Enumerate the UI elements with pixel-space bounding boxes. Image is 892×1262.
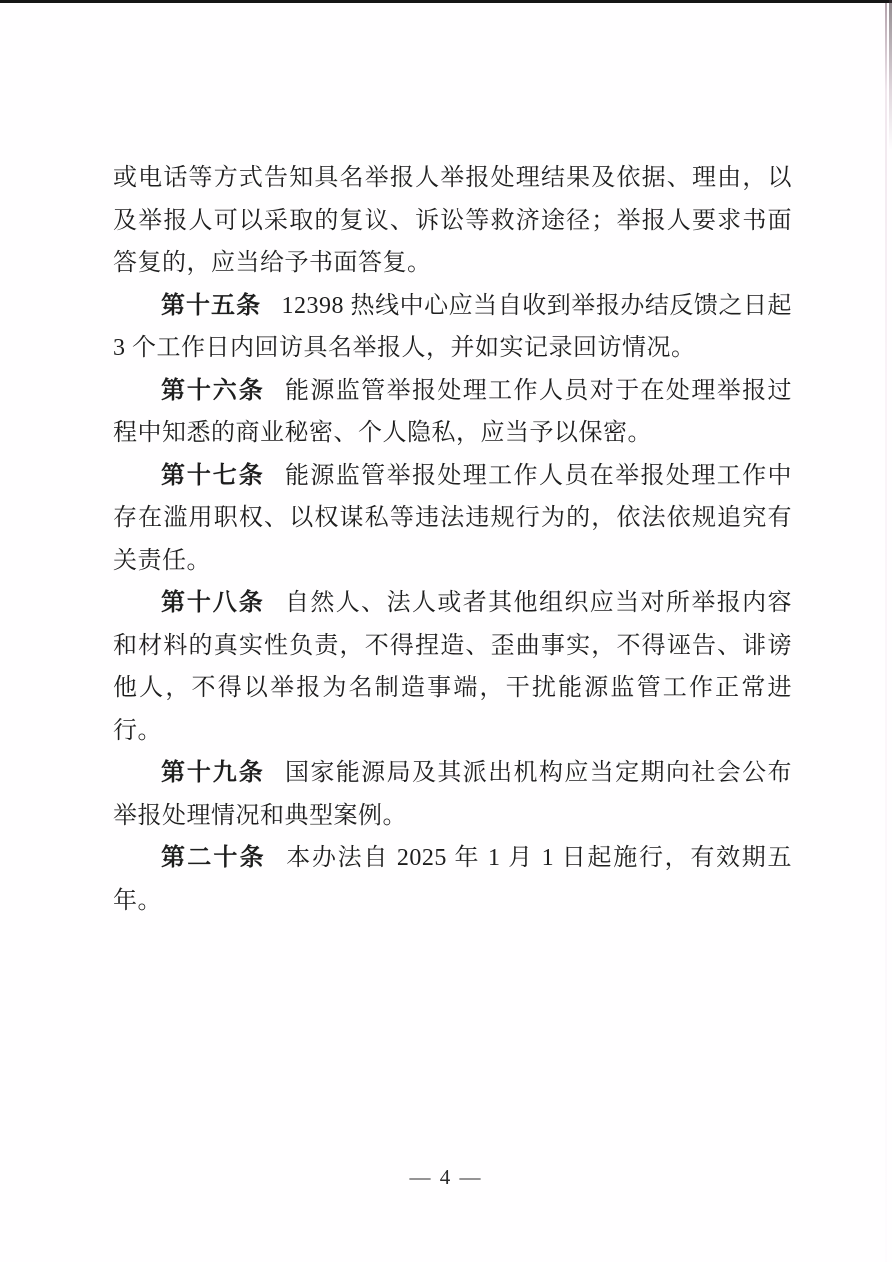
- paragraph-text: 或电话等方式告知具名举报人举报处理结果及依据、理由，以及举报人可以采取的复议、诉…: [113, 165, 792, 276]
- paragraph: 或电话等方式告知具名举报人举报处理结果及依据、理由，以及举报人可以采取的复议、诉…: [113, 157, 792, 285]
- article-number: 第十五条: [161, 292, 261, 319]
- paragraph: 第二十条本办法自 2025 年 1 月 1 日起施行，有效期五年。: [113, 837, 792, 922]
- document-body: 或电话等方式告知具名举报人举报处理结果及依据、理由，以及举报人可以采取的复议、诉…: [113, 157, 792, 922]
- paragraph: 第十六条能源监管举报处理工作人员对于在处理举报过程中知悉的商业秘密、个人隐私，应…: [113, 370, 792, 455]
- article-number: 第二十条: [161, 844, 266, 871]
- page-number: — 4 —: [0, 1165, 892, 1190]
- document-page: 或电话等方式告知具名举报人举报处理结果及依据、理由，以及举报人可以采取的复议、诉…: [0, 0, 892, 1262]
- article-number: 第十六条: [161, 377, 265, 404]
- article-number: 第十八条: [161, 589, 265, 616]
- scan-edge-right: [885, 3, 887, 1262]
- paragraph: 第十七条能源监管举报处理工作人员在举报处理工作中存在滥用职权、以权谋私等违法违规…: [113, 455, 792, 583]
- article-number: 第十七条: [161, 462, 265, 489]
- scan-edge-top: [0, 0, 892, 3]
- paragraph: 第十五条12398 热线中心应当自收到举报办结反馈之日起 3 个工作日内回访具名…: [113, 285, 792, 370]
- paragraph: 第十八条自然人、法人或者其他组织应当对所举报内容和材料的真实性负责，不得捏造、歪…: [113, 582, 792, 752]
- paragraph: 第十九条国家能源局及其派出机构应当定期向社会公布举报处理情况和典型案例。: [113, 752, 792, 837]
- article-number: 第十九条: [161, 759, 265, 786]
